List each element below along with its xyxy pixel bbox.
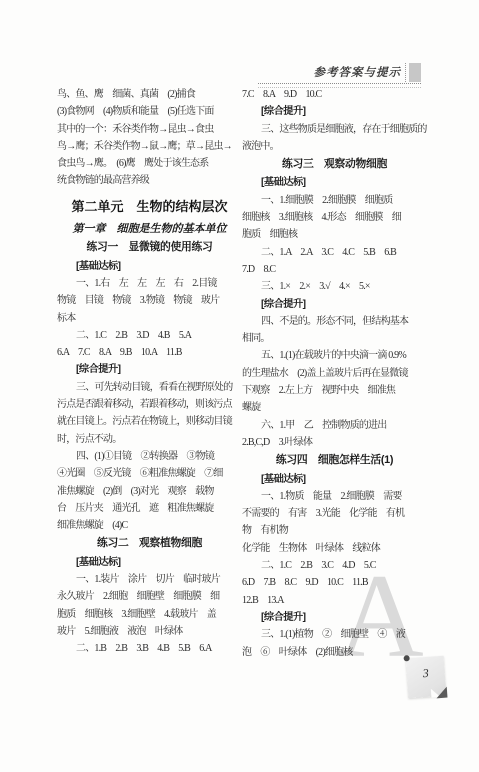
section-label: [基础达标] <box>57 258 242 275</box>
answer-line: 12.B 13.A <box>242 592 427 609</box>
exercise-heading: 练习四 细胞怎样生活(1) <box>242 452 427 469</box>
answer-line: 统食物链的最高营养级 <box>57 172 242 189</box>
answer-line: 细胞核 3.细胞核 4.形态 细胞膜 细 <box>242 209 427 226</box>
answer-line: 二、1.B 2.B 3.B 4.B 5.B 6.A <box>57 640 242 657</box>
right-column: 7.C 8.A 9.D 10.C[综合提升]三、这些物质是细胞液，存在于细胞质的… <box>242 86 427 661</box>
answer-line: 螺旋 <box>242 399 427 416</box>
answer-line: 五、1.(1)在载玻片的中央滴一滴 0.9% <box>242 347 427 364</box>
scanned-answer-page: A 参考答案与提示 鸟、鱼、鹰 细菌、真菌 (2)捕食(3)食物网 (4)物质和… <box>0 0 479 772</box>
section-label: [综合提升] <box>242 609 427 626</box>
answer-line: 一、1.右 左 左 左 右 2.目镜 <box>57 275 242 292</box>
answer-line: 7.D 8.C <box>242 261 427 278</box>
answer-line: 就在目镜上。污点若在物镜上，则移动目镜 <box>57 413 242 430</box>
exercise-heading: 练习三 观察动物细胞 <box>242 156 427 173</box>
answer-line: 台 压片夹 通光孔 遮 粗准焦螺旋 <box>57 500 242 517</box>
header-tab-marker <box>409 63 421 82</box>
answer-line: 相同。 <box>242 330 427 347</box>
note-folded-corner <box>436 687 448 699</box>
section-label: [基础达标] <box>242 174 427 191</box>
answer-line: 6.D 7.B 8.C 9.D 10.C 11.B <box>242 574 427 591</box>
header-dotted-rule <box>258 83 421 84</box>
answer-line: 三、1.(1)植物 ② 细胞壁 ④ 液 <box>242 626 427 643</box>
section-label: [基础达标] <box>242 471 427 488</box>
answer-line: 不需要的 有害 3.光能 化学能 有机 <box>242 505 427 522</box>
left-column: 鸟、鱼、鹰 细菌、真菌 (2)捕食(3)食物网 (4)物质和能量 (5)任选下面… <box>57 86 242 658</box>
answer-line: 三、这些物质是细胞液，存在于细胞质的 <box>242 121 427 138</box>
answer-line: 六、1.甲 乙 控制物质的进出 <box>242 417 427 434</box>
section-label: [基础达标] <box>57 554 242 571</box>
answer-line: 物镜 目镜 物镜 3.物镜 物镜 玻片 <box>57 292 242 309</box>
answer-line: 玻片 5.细胞液 液泡 叶绿体 <box>57 623 242 640</box>
answer-line: 液泡中。 <box>242 138 427 155</box>
answer-line: 二、1.C 2.B 3.C 4.D 5.C <box>242 557 427 574</box>
header-separator-line <box>405 63 406 82</box>
answer-line: 7.C 8.A 9.D 10.C <box>242 86 427 103</box>
answer-line: 永久玻片 2.细胞 细胞壁 细胞膜 细 <box>57 588 242 605</box>
answer-line: 一、1.装片 涂片 切片 临时玻片 <box>57 571 242 588</box>
answer-line: (3)食物网 (4)物质和能量 (5)任选下面 <box>57 103 242 120</box>
answer-line: ④光圈 ⑤反光镜 ⑥粗准焦螺旋 ⑦细 <box>57 465 242 482</box>
answer-line: 化学能 生物体 叶绿体 线粒体 <box>242 540 427 557</box>
answer-line: 胞质 细胞核 3.细胞壁 4.载玻片 盖 <box>57 606 242 623</box>
answer-line: 准焦螺旋 (2)倒 (3)对光 观察 载物 <box>57 483 242 500</box>
answer-line: 四、(1)①目镜 ②转换器 ③物镜 <box>57 448 242 465</box>
header-title: 参考答案与提示 <box>314 64 402 80</box>
answer-line: 其中的一个：禾谷类作物→昆虫→食虫 <box>57 121 242 138</box>
page-number-note: 3 <box>406 656 447 699</box>
page-header: 参考答案与提示 <box>258 62 421 84</box>
answer-line: 鸟、鱼、鹰 细菌、真菌 (2)捕食 <box>57 86 242 103</box>
answer-line: 物 有机物 <box>242 522 427 539</box>
answer-line: 胞质 细胞核 <box>242 226 427 243</box>
answer-line: 下观察 2.左上方 视野中央 细准焦 <box>242 382 427 399</box>
answer-line: 四、不是的。形态不同，但结构基本 <box>242 313 427 330</box>
answer-line: 细准焦螺旋 (4)C <box>57 517 242 534</box>
answer-line: 二、1.C 2.B 3.D 4.B 5.A <box>57 327 242 344</box>
answer-line: 二、1.A 2.A 3.C 4.C 5.B 6.B <box>242 244 427 261</box>
unit-heading: 第二单元 生物的结构层次 <box>57 198 242 215</box>
answer-line: 鸟→鹰；禾谷类作物→鼠→鹰；草→昆虫→ <box>57 138 242 155</box>
answer-line: 时，污点不动。 <box>57 431 242 448</box>
exercise-heading: 练习一 显微镜的使用练习 <box>57 239 242 256</box>
answer-line: 泡 ⑥ 叶绿体 (2)细胞核 <box>242 644 427 661</box>
chapter-heading: 第一章 细胞是生物的基本单位 <box>57 221 242 238</box>
answer-line: 一、1.细胞膜 2.细胞膜 细胞质 <box>242 192 427 209</box>
answer-line: 三、1.× 2.× 3.√ 4.× 5.× <box>242 278 427 295</box>
answer-line: 三、可先转动目镜，看看在视野原处的 <box>57 379 242 396</box>
answer-line: 的生理盐水 (2)盖上盖玻片后再在显微镜 <box>242 365 427 382</box>
answer-line: 污点是否跟着移动，若跟着移动，则该污点 <box>57 396 242 413</box>
answer-line: 6.A 7.C 8.A 9.B 10.A 11.B <box>57 344 242 361</box>
answer-line: 标本 <box>57 310 242 327</box>
answer-line: 食虫鸟→鹰。 (6)鹰 鹰处于该生态系 <box>57 155 242 172</box>
exercise-heading: 练习二 观察植物细胞 <box>57 535 242 552</box>
section-label: [综合提升] <box>242 103 427 120</box>
note-pin-dot <box>403 655 409 661</box>
answer-line: 一、1.物质 能量 2.细胞膜 需要 <box>242 488 427 505</box>
page-number: 3 <box>406 665 445 683</box>
section-label: [综合提升] <box>242 296 427 313</box>
section-label: [综合提升] <box>57 361 242 378</box>
answer-line: 2.B,C,D 3.叶绿体 <box>242 434 427 451</box>
